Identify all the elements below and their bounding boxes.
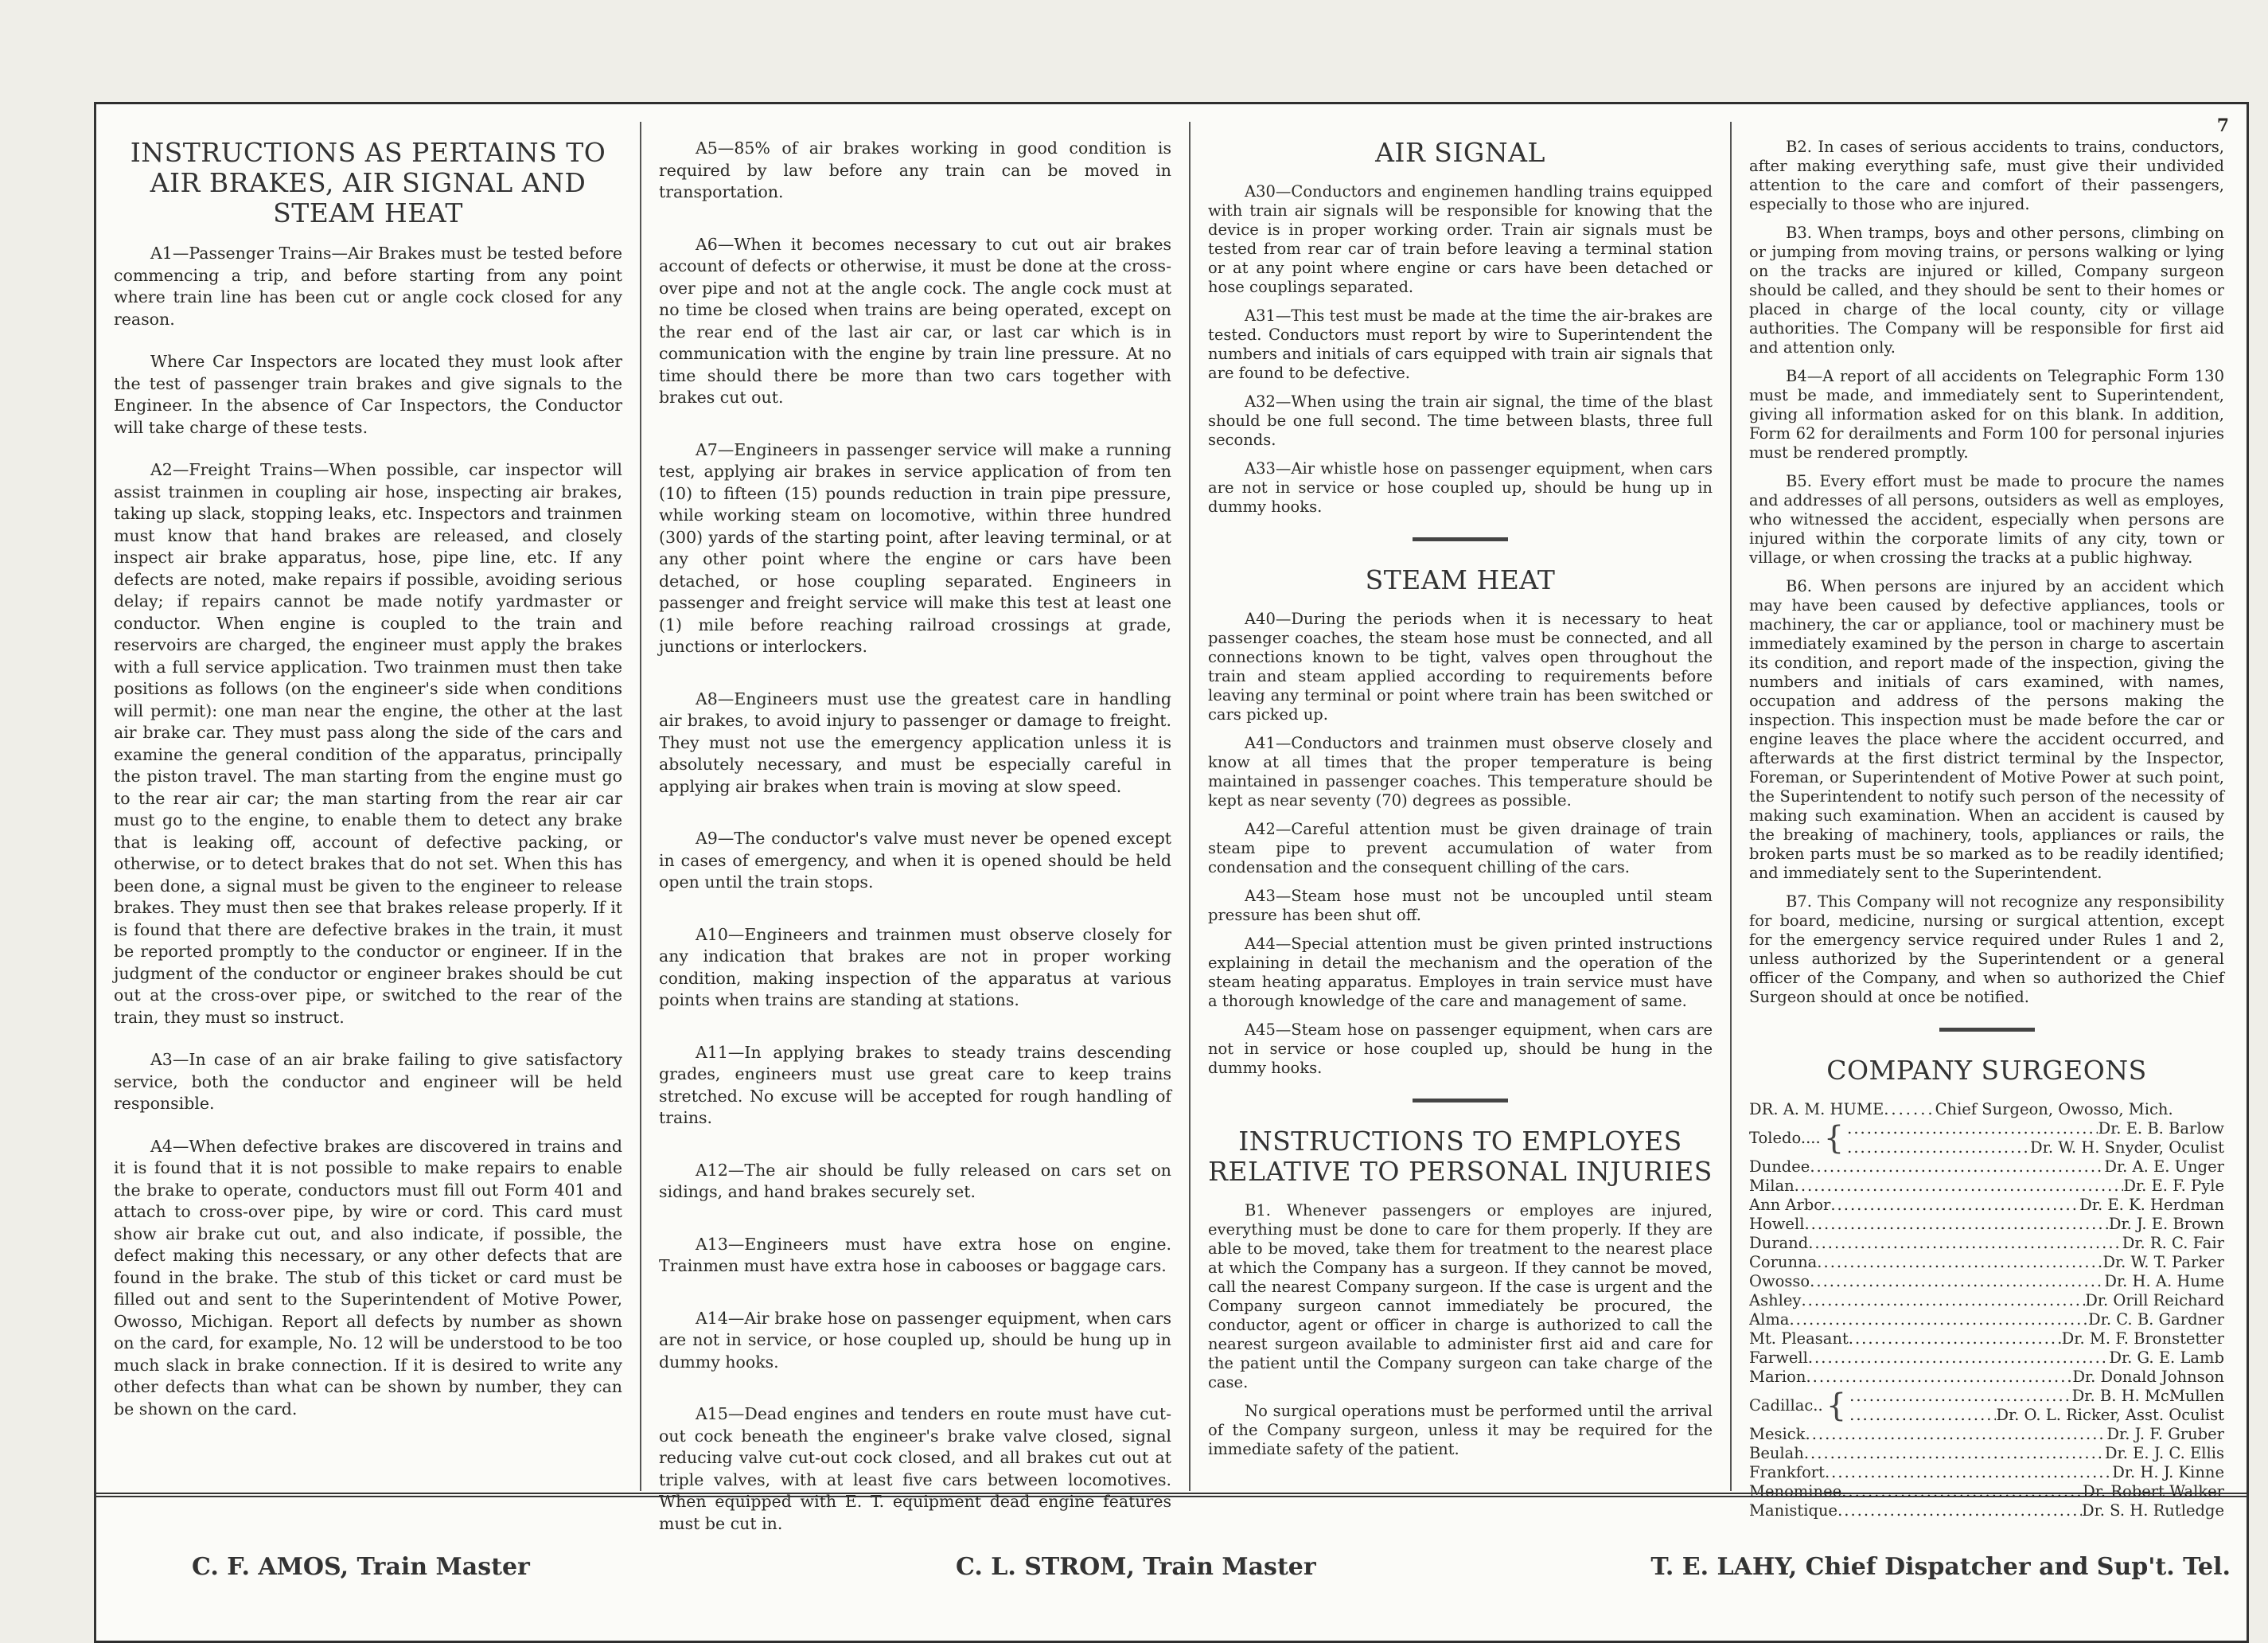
rule-paragraph: A13—Engineers must have extra hose on en… (659, 1234, 1171, 1278)
signature-amos: C. F. AMOS, Train Master (192, 1553, 530, 1581)
doctor-name: Dr. Donald Johnson (2072, 1368, 2224, 1387)
leader-dots (1849, 1406, 1996, 1425)
rule-paragraph: A12—The air should be fully released on … (659, 1160, 1171, 1204)
signature-lahy: T. E. LAHY, Chief Dispatcher and Sup't. … (1650, 1553, 2231, 1581)
doctor-name: Dr. O. L. Ricker, Asst. Oculist (1996, 1406, 2224, 1425)
rule-paragraph: Where Car Inspectors are located they mu… (114, 351, 622, 439)
doctor-name: Dr. R. C. Fair (2122, 1234, 2224, 1253)
surgeon-row: DurandDr. R. C. Fair (1749, 1234, 2224, 1253)
column-4: B2. In cases of serious accidents to tra… (1732, 122, 2242, 1491)
doctor-name: Dr. E. F. Pyle (2123, 1177, 2224, 1196)
town-name: Beulah (1749, 1444, 1804, 1463)
surgeon-group-toledo: Toledo.... { Dr. E. B. Barlow Dr. W. H. … (1749, 1119, 2224, 1157)
rule-paragraph: A41—Conductors and trainmen must observe… (1208, 734, 1713, 810)
steam-heat-paragraphs: A40—During the periods when it is necess… (1208, 610, 1713, 1078)
leader-dots (1825, 1463, 2112, 1482)
town-name: Dundee (1749, 1157, 1810, 1177)
town-name: Alma (1749, 1310, 1789, 1329)
rule-paragraph: A7—Engineers in passenger service will m… (659, 439, 1171, 658)
rule-paragraph: A40—During the periods when it is necess… (1208, 610, 1713, 724)
air-signal-paragraphs: A30—Conductors and enginemen handling tr… (1208, 182, 1713, 517)
steam-heat-heading: STEAM HEAT (1208, 565, 1713, 595)
doctor-name: Dr. A. E. Unger (2104, 1157, 2224, 1177)
chief-surgeon-name: DR. A. M. HUME (1749, 1100, 1884, 1119)
doctor-name: Dr. E. B. Barlow (2098, 1119, 2224, 1138)
rule-paragraph: A6—When it becomes necessary to cut out … (659, 234, 1171, 409)
leader-dots (1849, 1329, 2062, 1348)
town-name: Howell (1749, 1215, 1804, 1234)
doctor-name: Dr. M. F. Bronstetter (2062, 1329, 2224, 1348)
town-name: Cadillac.. (1749, 1396, 1823, 1415)
leader-dots (1795, 1177, 2124, 1196)
rule-paragraph: B6. When persons are injured by an accid… (1749, 577, 2224, 883)
section-divider (1939, 1028, 2035, 1032)
town-name: Durand (1749, 1234, 1808, 1253)
rule-paragraph: A11—In applying brakes to steady trains … (659, 1042, 1171, 1130)
surgeon-row: AlmaDr. C. B. Gardner (1749, 1310, 2224, 1329)
brace-icon: { (1824, 1122, 1844, 1154)
leader-dots (1849, 1387, 2072, 1406)
doctor-name: Dr. W. H. Snyder, Oculist (2030, 1138, 2224, 1157)
town-name: Mesick (1749, 1425, 1806, 1444)
col1-paragraphs: A1—Passenger Trains—Air Brakes must be t… (114, 243, 622, 1420)
doctor-name: Dr. B. H. McMullen (2072, 1387, 2224, 1406)
signature-footer: C. F. AMOS, Train Master C. L. STROM, Tr… (96, 1493, 2247, 1641)
rule-paragraph: A5—85% of air brakes working in good con… (659, 138, 1171, 204)
town-name: Toledo.... (1749, 1129, 1821, 1148)
surgeon-row: DundeeDr. A. E. Unger (1749, 1157, 2224, 1177)
leader-dots (1830, 1196, 2079, 1215)
brace-icon: { (1826, 1390, 1846, 1422)
section-divider (1413, 1099, 1508, 1102)
leader-dots (1847, 1138, 2030, 1157)
rule-paragraph: A1—Passenger Trains—Air Brakes must be t… (114, 243, 622, 330)
doctor-name: Dr. E. J. C. Ellis (2105, 1444, 2224, 1463)
column-3: AIR SIGNAL A30—Conductors and enginemen … (1191, 122, 1732, 1491)
town-name: Milan (1749, 1177, 1795, 1196)
air-signal-heading: AIR SIGNAL (1208, 138, 1713, 168)
rule-paragraph: A8—Engineers must use the greatest care … (659, 689, 1171, 798)
surgeon-row: CorunnaDr. W. T. Parker (1749, 1253, 2224, 1272)
rule-paragraph: A9—The conductor's valve must never be o… (659, 828, 1171, 894)
rulebook-page: 7 INSTRUCTIONS AS PERTAINS TO AIR BRAKES… (94, 102, 2249, 1643)
rule-paragraph: A32—When using the train air signal, the… (1208, 392, 1713, 450)
leader-dots (1817, 1253, 2102, 1272)
surgeon-group-cadillac: Cadillac.. { Dr. B. H. McMullen Dr. O. L… (1749, 1387, 2224, 1425)
surgeon-row: OwossoDr. H. A. Hume (1749, 1272, 2224, 1291)
town-name: Farwell (1749, 1348, 1808, 1368)
leader-dots (1808, 1234, 2122, 1253)
leader-dots (1810, 1157, 2104, 1177)
chief-surgeon-title: Chief Surgeon, Owosso, Mich. (1935, 1100, 2173, 1119)
rule-paragraph: A42—Careful attention must be given drai… (1208, 820, 1713, 877)
doctor-name: Dr. H. A. Hume (2104, 1272, 2224, 1291)
surgeons-list: DR. A. M. HUME ....... Chief Surgeon, Ow… (1749, 1100, 2224, 1520)
rule-paragraph: B7. This Company will not recognize any … (1749, 892, 2224, 1007)
town-name: Frankfort (1749, 1463, 1825, 1482)
rule-paragraph: A4—When defective brakes are discovered … (114, 1136, 622, 1421)
injuries-paragraphs: B1. Whenever passengers or employes are … (1208, 1201, 1713, 1459)
leader-dots: ....... (1884, 1100, 1935, 1119)
air-brakes-heading: INSTRUCTIONS AS PERTAINS TO AIR BRAKES, … (114, 138, 622, 228)
section-divider (1413, 537, 1508, 541)
leader-dots (1806, 1368, 2072, 1387)
town-name: Owosso (1749, 1272, 1810, 1291)
leader-dots (1804, 1215, 2108, 1234)
rule-paragraph: B1. Whenever passengers or employes are … (1208, 1201, 1713, 1392)
rule-paragraph: No surgical operations must be performed… (1208, 1402, 1713, 1459)
surgeon-row: Ann ArborDr. E. K. Herdman (1749, 1196, 2224, 1215)
personal-injuries-heading: INSTRUCTIONS TO EMPLOYES RELATIVE TO PER… (1208, 1126, 1713, 1187)
rule-paragraph: A31—This test must be made at the time t… (1208, 306, 1713, 383)
surgeon-row: FrankfortDr. H. J. Kinne (1749, 1463, 2224, 1482)
chief-surgeon-row: DR. A. M. HUME ....... Chief Surgeon, Ow… (1749, 1100, 2224, 1119)
town-name: Marion (1749, 1368, 1806, 1387)
columns: INSTRUCTIONS AS PERTAINS TO AIR BRAKES, … (96, 122, 2247, 1491)
surgeon-row: MarionDr. Donald Johnson (1749, 1368, 2224, 1387)
surgeon-row: MilanDr. E. F. Pyle (1749, 1177, 2224, 1196)
surgeon-row: Mt. PleasantDr. M. F. Bronstetter (1749, 1329, 2224, 1348)
doctor-name: Dr. J. F. Gruber (2106, 1425, 2224, 1444)
leader-dots (1804, 1444, 2105, 1463)
leader-dots (1810, 1272, 2104, 1291)
rule-paragraph: B3. When tramps, boys and other persons,… (1749, 224, 2224, 357)
rule-paragraph: A2—Freight Trains—When possible, car ins… (114, 459, 622, 1028)
rule-paragraph: A44—Special attention must be given prin… (1208, 935, 1713, 1011)
town-name: Ann Arbor (1749, 1196, 1830, 1215)
rule-paragraph: B5. Every effort must be made to procure… (1749, 472, 2224, 568)
doctor-name: Dr. H. J. Kinne (2112, 1463, 2224, 1482)
doctor-name: Dr. C. B. Gardner (2088, 1310, 2224, 1329)
signature-strom: C. L. STROM, Train Master (956, 1553, 1316, 1581)
town-name: Mt. Pleasant (1749, 1329, 1849, 1348)
surgeons-list-a: DundeeDr. A. E. UngerMilanDr. E. F. Pyle… (1749, 1157, 2224, 1387)
rule-paragraph: B2. In cases of serious accidents to tra… (1749, 138, 2224, 214)
column-1: INSTRUCTIONS AS PERTAINS TO AIR BRAKES, … (96, 122, 641, 1491)
leader-dots (1806, 1425, 2107, 1444)
rule-paragraph: A30—Conductors and enginemen handling tr… (1208, 182, 1713, 297)
doctor-name: Dr. G. E. Lamb (2109, 1348, 2224, 1368)
rule-paragraph: A14—Air brake hose on passenger equipmen… (659, 1308, 1171, 1374)
surgeon-row: FarwellDr. G. E. Lamb (1749, 1348, 2224, 1368)
rule-paragraph: A10—Engineers and trainmen must observe … (659, 924, 1171, 1012)
rule-paragraph: B4—A report of all accidents on Telegrap… (1749, 367, 2224, 462)
doctor-name: Dr. W. T. Parker (2102, 1253, 2224, 1272)
leader-dots (1801, 1291, 2085, 1310)
doctor-name: Dr. E. K. Herdman (2079, 1196, 2224, 1215)
rule-paragraph: A45—Steam hose on passenger equipment, w… (1208, 1021, 1713, 1078)
col2-paragraphs: A5—85% of air brakes working in good con… (659, 138, 1171, 1535)
doctor-name: Dr. Orill Reichard (2085, 1291, 2224, 1310)
rule-paragraph: A33—Air whistle hose on passenger equipm… (1208, 459, 1713, 517)
col4-paragraphs: B2. In cases of serious accidents to tra… (1749, 138, 2224, 1007)
rule-paragraph: A43—Steam hose must not be uncoupled unt… (1208, 887, 1713, 925)
surgeon-row: HowellDr. J. E. Brown (1749, 1215, 2224, 1234)
column-2: A5—85% of air brakes working in good con… (641, 122, 1191, 1491)
company-surgeons-heading: COMPANY SURGEONS (1749, 1056, 2224, 1086)
surgeon-row: BeulahDr. E. J. C. Ellis (1749, 1444, 2224, 1463)
leader-dots (1808, 1348, 2109, 1368)
surgeon-row: MesickDr. J. F. Gruber (1749, 1425, 2224, 1444)
leader-dots (1789, 1310, 2088, 1329)
surgeon-row: AshleyDr. Orill Reichard (1749, 1291, 2224, 1310)
rule-paragraph: A3—In case of an air brake failing to gi… (114, 1049, 622, 1115)
doctor-name: Dr. J. E. Brown (2109, 1215, 2224, 1234)
town-name: Corunna (1749, 1253, 1817, 1272)
leader-dots (1847, 1119, 2098, 1138)
town-name: Ashley (1749, 1291, 1801, 1310)
